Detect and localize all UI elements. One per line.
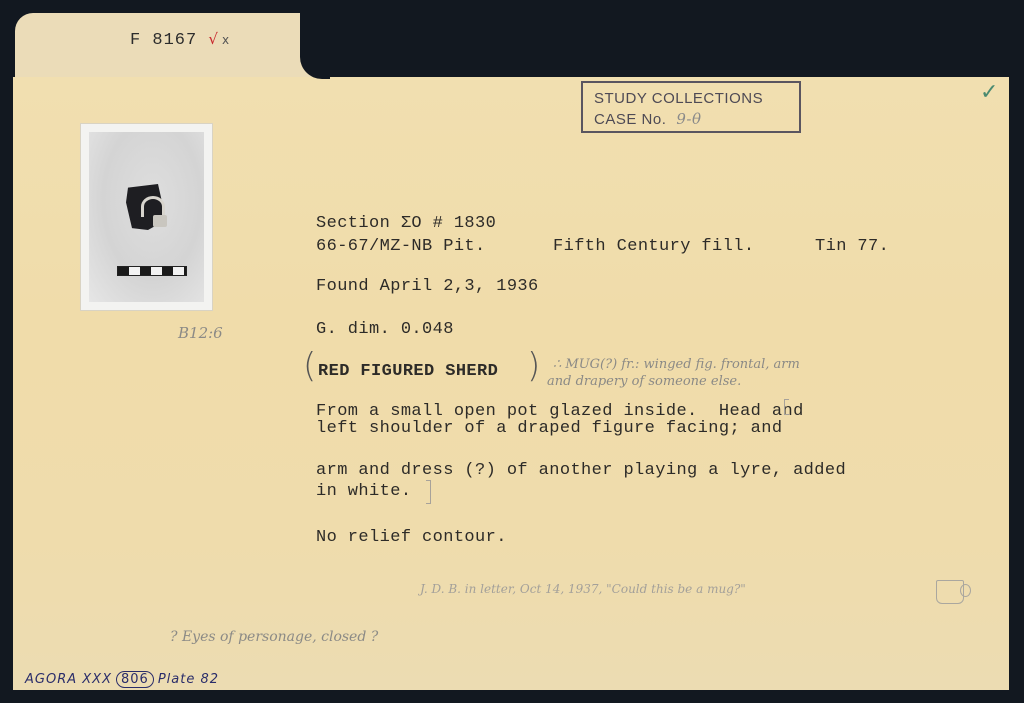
pencil-mug-note-1: ∴ MUG(?) fr.: winged fig. frontal, arm (553, 357, 800, 372)
found-line: Found April 2,3, 1936 (316, 277, 539, 296)
pencil-eyes-note: ? Eyes of personage, closed ? (170, 629, 378, 645)
catalog-number: F 8167 (130, 31, 197, 50)
circled-catalog-number: 806 (116, 671, 154, 688)
scale-bar (117, 266, 187, 276)
red-check-icon: √ (208, 30, 219, 48)
object-title: RED FIGURED SHERD (318, 362, 498, 381)
contour-line: No relief contour. (316, 528, 507, 547)
stamp-line-2: CASE No.9-θ (594, 110, 702, 128)
description-line-2: left shoulder of a draped figure facing;… (316, 419, 782, 438)
footer-reference: AGORA XXX806Plate 82 (25, 671, 219, 688)
case-label: CASE No. (594, 111, 666, 128)
bracket-mark-open (784, 399, 789, 415)
tab-edge (300, 13, 330, 79)
photo-caption: B12:6 (178, 324, 223, 342)
stamp-line-1: STUDY COLLECTIONS (594, 90, 763, 107)
sherd-photo (81, 124, 212, 310)
pencil-mug-note-2: and drapery of someone else. (547, 374, 741, 389)
open-paren: ( (303, 346, 316, 386)
description-line-4: in white. (316, 482, 411, 501)
dimension-line: G. dim. 0.048 (316, 320, 454, 339)
study-collections-stamp: STUDY COLLECTIONS CASE No.9-θ (581, 81, 801, 133)
green-check-icon: ✓ (980, 80, 998, 105)
tab-label: F 8167 √x (130, 30, 230, 50)
bracket-mark-close (426, 480, 431, 504)
sherd-highlight (153, 215, 167, 227)
tin-line: Tin 77. (815, 237, 889, 256)
sherd-figure (141, 196, 165, 217)
pit-line: 66-67/MZ-NB Pit. (316, 237, 486, 256)
fill-line: Fifth Century fill. (553, 237, 754, 256)
section-line: Section ΣO # 1830 (316, 214, 496, 233)
pencil-letter-note: J. D. B. in letter, Oct 14, 1937, "Could… (420, 582, 746, 596)
agora-reference: AGORA XXX (25, 672, 112, 687)
plate-reference: Plate 82 (158, 672, 219, 687)
x-mark: x (222, 33, 230, 47)
description-line-3: arm and dress (?) of another playing a l… (316, 461, 846, 480)
close-paren: ) (527, 346, 540, 386)
mug-handle (960, 584, 971, 597)
case-value: 9-θ (676, 110, 701, 128)
